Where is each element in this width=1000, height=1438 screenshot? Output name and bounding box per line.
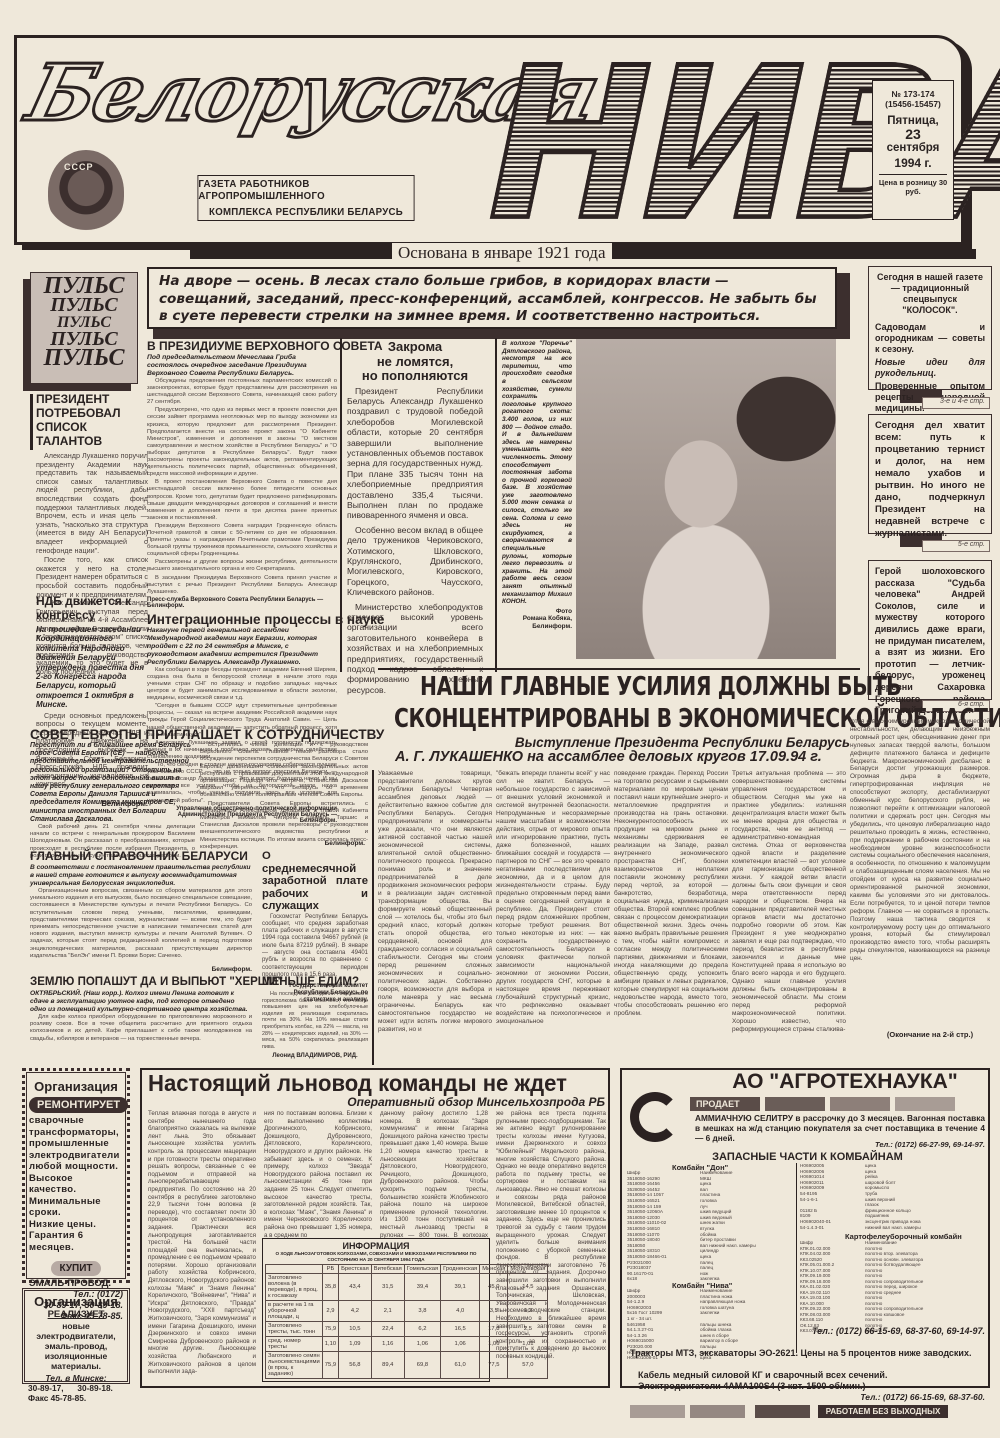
wages-title: О среднемесячной заработной плате рабочи… <box>262 850 368 913</box>
cell: 56,8 <box>339 1352 372 1379</box>
flax-col-1: Теплая влажная погода в августе и сентяб… <box>148 1110 256 1376</box>
issue-number-total: (15456-15457) <box>873 99 953 109</box>
table-row: Заготовлено волокна (в переводе), в проц… <box>266 1274 548 1301</box>
kolosok-pageref: 3-е и 4-е стр. <box>922 397 990 409</box>
speech-col-5: ются с высоким уровнем макроэкономическо… <box>850 718 990 963</box>
flax-subtitle: Оперативный обзор Минсельхозпрода РБ <box>250 1095 605 1109</box>
presidium-p2: Предусмотрено, что одно из первых мест в… <box>147 407 337 478</box>
cell: 22,4 <box>371 1322 404 1337</box>
issue-year: 1994 г. <box>879 155 947 175</box>
agrotech-sells-badge: ПРОДАЕТ <box>690 1097 760 1111</box>
eat-less-p1: На последнем заседании Гомельского горис… <box>262 991 368 1050</box>
cell: 1,01 <box>508 1337 548 1352</box>
info-table-header: РБ Брестская Витебская Гомельская Гродне… <box>266 1265 548 1274</box>
photo-credit-2: Романа Кобяка, <box>502 615 572 623</box>
ndb-title: НДБ движется к конгрессу <box>36 594 148 622</box>
granary-p2: Особенно весом вклад в общее дело тружен… <box>347 525 483 598</box>
founded-line: Основана в январе 1921 года <box>392 243 612 263</box>
repair-l2: промышленные электродвигатели любой мощн… <box>29 1138 123 1173</box>
pulse-5: ПУЛЬС <box>31 349 137 368</box>
cell: 35,8 <box>322 1274 338 1301</box>
cell: 57,0 <box>508 1352 548 1379</box>
cafe-p1: Для кафе колхоз приобрел оборудование по… <box>30 1014 252 1043</box>
encyclopedia-source: Белинформ. <box>30 966 252 973</box>
col-header: Гомельская <box>404 1265 440 1274</box>
row-label: сред. номер тресты <box>266 1337 323 1352</box>
table-row: Заготовлено тресты, тыс. тонн 75,9 10,5 … <box>266 1322 548 1337</box>
photo-caption: В колхозе "Поречье" Дятловского района, … <box>502 340 572 630</box>
sells-tel-label: Тел. в Минске: <box>28 1373 124 1383</box>
wages-p1: Госкомстат Республики Беларусь сообщает,… <box>262 914 368 980</box>
issue-day: 23 <box>873 127 953 142</box>
potato-names: Наименование полотно полотно втор. элева… <box>865 1240 990 1334</box>
presidium-p5: Рассмотрены и другие вопросы жизни респу… <box>147 559 337 573</box>
speech-col-1: Уважаемые товарищи, представители деловы… <box>378 770 492 1034</box>
issue-price: Цена в розницу 30 руб. <box>873 178 953 196</box>
subtitle-line-1: ГАЗЕТА РАБОТНИКОВ АГРОПРОМЫШЛЕННОГО <box>198 178 413 202</box>
cell: 1,16 <box>371 1337 404 1352</box>
cell: 45,0 <box>480 1274 508 1301</box>
cell: 31,5 <box>371 1274 404 1301</box>
article-encyclopedia: ГЛАВНЫЙ СПРАВОЧНИК БЕЛАРУСИ В соответств… <box>30 850 252 973</box>
cell: 2,5 <box>508 1322 548 1337</box>
cell: 1,10 <box>322 1337 338 1352</box>
speech-subtitle-2: А. Г. ЛУКАШЕНКО на ассамблее деловых кру… <box>395 749 855 765</box>
granary-title-2: не ломятся, <box>347 355 483 370</box>
col-header: РБ <box>322 1265 338 1274</box>
presidium-p3: В проект постановления Верховного Совета… <box>147 479 337 522</box>
cell: 77,5 <box>480 1352 508 1379</box>
agrotech-tractors: Тракторы МТЗ, экскаваторы ЭО-2621. Цены … <box>630 1348 985 1359</box>
kolosok-p1: Садоводам и огородникам — советы к сезон… <box>875 322 985 355</box>
agrotech-motors: Электродвигатели 4АМА100S4 (3 квт. 1500 … <box>638 1381 988 1392</box>
repair-l1: сварочные трансформаторы, <box>29 1115 123 1138</box>
subtitle-line-2: КОМПЛЕКСА РЕСПУБЛИКИ БЕЛАРУСЬ <box>209 206 403 218</box>
table-row: в расчете на 1 га уборочной площади, ц 2… <box>266 1301 548 1322</box>
parts-divider <box>796 1163 797 1353</box>
cell: 2,1 <box>371 1301 404 1322</box>
europe-col-2: Встретились члены делегации и с руководс… <box>200 742 368 852</box>
presidium-title: В ПРЕЗИДИУМЕ ВЕРХОВНОГО СОВЕТА <box>147 340 337 353</box>
integration-title: Интеграционные процессы в науке <box>147 612 337 627</box>
talents-p1: Александр Лукашенко поручил президенту А… <box>36 452 148 555</box>
cell: 39,4 <box>404 1274 440 1301</box>
presidium-source: Пресс-служба Верховного Совета Республик… <box>147 597 337 609</box>
cell: 43,4 <box>339 1274 372 1301</box>
eat-less-author: Леонид ВЛАДИМИРОВ, РИД. <box>262 1053 368 1059</box>
article-cafe: ЗЕМЛЮ ПОПАШУТ ДА И ВЫПЬЮТ "ХЕРШИ" ОКТЯБР… <box>30 976 252 1044</box>
row-label: Заготовлено семян льносемстанциями (в пр… <box>266 1352 323 1379</box>
kolosok-title: Сегодня в нашей газете — традиционный сп… <box>875 272 985 316</box>
eat-less-title: МЕНЬШЕ ЕДИМ? <box>262 976 368 989</box>
sidebox-kolosok: Сегодня в нашей газете — традиционный сп… <box>868 266 992 390</box>
col-header: Минская <box>480 1265 508 1274</box>
europe-title: СОВЕТ ЕВРОПЫ ПРИГЛАШАЕТ К СОТРУДНИЧЕСТВУ <box>30 727 370 742</box>
talents-title: ПРЕЗИДЕНТ ПОТРЕБОВАЛ СПИСОК ТАЛАНТОВ <box>36 392 148 448</box>
ad-repair: Организация РЕМОНТИРУЕТ сварочные трансф… <box>22 1068 130 1283</box>
cell: 75,9 <box>322 1322 338 1337</box>
cell: 10,5 <box>339 1322 372 1337</box>
issue-month: сентября <box>873 142 953 155</box>
col-header: Брестская <box>339 1265 372 1274</box>
rule-caption-left <box>495 338 497 672</box>
farmer-photo <box>576 339 836 659</box>
speech-title-1: НАШИ ГЛАВНЫЕ УСИЛИЯ ДОЛЖНЫ БЫТЬ <box>420 672 763 702</box>
cell: 4,2 <box>339 1301 372 1322</box>
pulse-box: ПУЛЬС ПУЛЬС ПУЛЬС ПУЛЬС ПУЛЬС <box>30 272 138 384</box>
europe-source: Белинформ. <box>300 840 365 847</box>
speech-subtitle-1: Выступление Президента Республики Белару… <box>450 735 850 750</box>
cell: 61,0 <box>441 1352 480 1379</box>
agrotech-title: АО "АГРОТЕХНАУКА" <box>700 1070 990 1094</box>
rule-granary-left <box>340 338 342 672</box>
europe-lead: Переступит ли в ближайшее время Беларусь… <box>30 742 195 824</box>
masthead-subtitle: ГАЗЕТА РАБОТНИКОВ АГРОПРОМЫШЛЕННОГО КОМП… <box>197 175 414 221</box>
info-table: РБ Брестская Витебская Гомельская Гродне… <box>265 1264 548 1379</box>
issue-number: № 173-174 <box>873 89 953 99</box>
lead-banner: На дворе — осень. В лесах стало больше г… <box>147 267 837 329</box>
repair-l3: Высокое качество. <box>29 1173 123 1196</box>
photo-credit-3: Белинформ. <box>502 623 572 631</box>
rule-speech-left <box>372 770 374 1065</box>
cell: 1,06 <box>480 1337 508 1352</box>
potato-codes: Шифр КПК.01.02.000 КПК.04.02.000 КК3.025… <box>800 1240 860 1334</box>
grey-tab <box>755 1405 810 1418</box>
cell: 1,06 <box>441 1337 480 1352</box>
presidium-p1: Обсуждены предложения постоянных парламе… <box>147 378 337 406</box>
rule-speech-top <box>378 668 860 670</box>
sells-fax: Факс 45-78-85. <box>28 1393 124 1403</box>
repair-badge: РЕМОНТИРУЕТ <box>29 1097 128 1113</box>
flax-col-3: данному району достигло 1,28 номера. В к… <box>380 1110 488 1254</box>
presidium-p4: Президиум Верховного Совета наградил Гро… <box>147 523 337 558</box>
granary-title-1: Закрома <box>347 340 483 355</box>
speech-col-2: "бежать впереди планеты всей" у нас сил … <box>496 770 610 1026</box>
mid-codes: Н06902005 Н06902006 Н06901014 Н06902011 … <box>800 1163 860 1230</box>
cell: 89,4 <box>371 1352 404 1379</box>
sidebox-president: Сегодня дел хватит всем: путь к процвета… <box>868 414 992 534</box>
cell: 6,2 <box>404 1322 440 1337</box>
sells-text: новые электродвигатели, эмаль-провод, из… <box>28 1321 124 1371</box>
grey-tab <box>630 1405 685 1418</box>
cafe-title: ЗЕМЛЮ ПОПАШУТ ДА И ВЫПЬЮТ "ХЕРШИ" <box>30 976 252 989</box>
sells-badge: РЕАЛИЗУЕТ <box>28 1309 124 1320</box>
cell: 39,1 <box>441 1274 480 1301</box>
table-row: Заготовлено семян льносемстанциями (в пр… <box>266 1352 548 1379</box>
grey-tab <box>690 1405 745 1418</box>
col-header: Витебская <box>371 1265 404 1274</box>
sells-heading: Организация <box>28 1294 124 1309</box>
article-granary: Закрома не ломятся, но пополняются Прези… <box>347 340 483 695</box>
granary-title-3: но пополняются <box>347 369 483 384</box>
row-label: Заготовлено тресты, тыс. тонн <box>266 1322 323 1337</box>
repair-l5: Низкие цены. <box>29 1219 123 1231</box>
ad-sells: Организация РЕАЛИЗУЕТ новые электродвига… <box>22 1288 130 1384</box>
article-europe: СОВЕТ ЕВРОПЫ ПРИГЛАШАЕТ К СОТРУДНИЧЕСТВУ <box>30 727 370 742</box>
agrotech-offer: АММИАЧНУЮ СЕЛИТРУ в рассрочку до 3 месяц… <box>695 1113 985 1143</box>
sells-tel: 30-89-17, 30-89-18. <box>28 1383 124 1393</box>
cell: 1,09 <box>339 1337 372 1352</box>
cell: 69,8 <box>404 1352 440 1379</box>
info-table-subtitle: О ХОДЕ ЛЬНОЗАГОТОВОК КОЛХОЗАМИ, СОВХОЗАМ… <box>265 1251 487 1262</box>
col-header: Гродненская <box>441 1265 480 1274</box>
granary-p1: Президент Республики Беларусь Александр … <box>347 386 483 521</box>
emblem-label: СССР <box>64 162 94 172</box>
cell: 4,0 <box>441 1301 480 1322</box>
info-table-box: ИНФОРМАЦИЯ О ХОДЕ ЛЬНОЗАГОТОВОК КОЛХОЗАМ… <box>262 1238 490 1382</box>
table-row: сред. номер тресты 1,10 1,09 1,16 1,06 1… <box>266 1337 548 1352</box>
presidium-lead: Под председательством Мечеслава Гриба со… <box>147 354 337 378</box>
cell: 3,8 <box>404 1301 440 1322</box>
rule-talents <box>30 394 33 450</box>
grey-tab <box>830 1097 890 1111</box>
speech-col-4: Третья актуальная проблема — это соверше… <box>732 770 846 1034</box>
no-days-off-badge: РАБОТАЕМ БЕЗ ВЫХОДНЫХ <box>818 1405 948 1418</box>
president-text: Сегодня дел хватит всем: путь к процвета… <box>875 420 985 540</box>
repair-l4: Минимальные сроки. <box>29 1196 123 1219</box>
integration-lead: Накануне первой генеральной ассамблеи Ме… <box>147 627 337 667</box>
encyclopedia-lead: В соответствии с постановлением правител… <box>30 864 252 888</box>
presidium-p6: В заседании Президиума Верховного Совета… <box>147 575 337 596</box>
photo-caption-text: В колхозе "Поречье" Дятловского района, … <box>502 340 572 606</box>
integration-p1: Как сообщил в ходе беседы президент акад… <box>147 667 337 702</box>
col-header <box>266 1265 323 1274</box>
speech-title-2: СКОНЦЕНТРИРОВАНЫ В ЭКОНОМИЧЕСКОЙ ОБЛАСТИ <box>394 704 757 734</box>
europe-col-1: Переступит ли в ближайшее время Беларусь… <box>30 742 195 861</box>
row-label: Заготовлено волокна (в переводе), в проц… <box>266 1274 323 1301</box>
flax-col-2: ния по поставкам волокна. Близки к его в… <box>264 1110 372 1239</box>
encyclopedia-title: ГЛАВНЫЙ СПРАВОЧНИК БЕЛАРУСИ <box>30 850 252 863</box>
col-header: Могилевская <box>508 1265 548 1274</box>
president-pageref: 5-е стр. <box>922 540 990 552</box>
parts-title: ЗАПАСНЫЕ ЧАСТИ К КОМБАЙНАМ <box>625 1151 990 1163</box>
cell: 3,5 <box>480 1301 508 1322</box>
europe-p2: Встретились члены делегации и с руководс… <box>200 742 368 800</box>
cell: 2,9 <box>322 1301 338 1322</box>
cafe-lead: ОКТЯБРЬСКИЙ. (Наш корр.). Колхоз имени Л… <box>30 990 252 1014</box>
grey-tab <box>895 1097 955 1111</box>
article-eat-less: МЕНЬШЕ ЕДИМ? На последнем заседании Гоме… <box>262 976 368 1059</box>
speech-headline: НАШИ ГЛАВНЫЕ УСИЛИЯ ДОЛЖНЫ БЫТЬ СКОНЦЕНТ… <box>420 672 860 734</box>
speech-col-3: поведение граждан. Переход России на тор… <box>614 770 728 1018</box>
cell: 1,06 <box>404 1337 440 1352</box>
speech-continued: (Окончание на 2-й стр.) <box>865 1030 995 1039</box>
row-label: в расчете на 1 га уборочной площади, ц <box>266 1301 323 1322</box>
grey-tab <box>765 1097 825 1111</box>
agrotech-tel2: Тел.: (0172) 66-15-69, 68-37-60, 69-14-9… <box>780 1326 985 1337</box>
repair-heading: Организация <box>29 1079 123 1094</box>
don-names: Наименование МКШ щека вал пластина голов… <box>700 1170 795 1282</box>
flax-title: Настоящий льновод команды не ждет <box>148 1070 590 1096</box>
encyclopedia-p1: Организационным вопросам, связанным со с… <box>30 888 252 960</box>
kolosok-p2: Новые идеи для рукодельниц. <box>875 357 985 379</box>
cell: 75,9 <box>322 1352 338 1379</box>
cell: 1,2 <box>508 1301 548 1322</box>
repair-l6: Гарантия 6 месяцев. <box>29 1230 123 1253</box>
mid-names: щека щека рейка шаровой болт коромысло т… <box>865 1163 985 1230</box>
agrotech-logo-icon <box>630 1092 680 1142</box>
issue-info-box: № 173-174 (15456-15457) Пятница, 23 сент… <box>872 80 954 220</box>
don-codes: Шифр 3518050-16290 3518050-16456 3528050… <box>627 1170 702 1282</box>
cell: 16,5 <box>441 1322 480 1337</box>
info-table-title: ИНФОРМАЦИЯ <box>265 1241 487 1251</box>
cell: 17,8 <box>480 1322 508 1337</box>
agrotech-cable: Кабель медный силовой КГ и сварочный все… <box>638 1370 988 1381</box>
ndb-lead: На прошедшем заседании Координационного … <box>36 625 148 710</box>
agrotech-tel1: Тел.: (0172) 66-27-99, 69-14-97. <box>820 1140 985 1149</box>
cell: 14,5 <box>508 1274 548 1301</box>
agrotech-tel3: Тел.: (0172) 66-15-69, 68-37-60. <box>780 1392 985 1402</box>
repair-badge-buy: КУПИТ <box>51 1261 100 1276</box>
